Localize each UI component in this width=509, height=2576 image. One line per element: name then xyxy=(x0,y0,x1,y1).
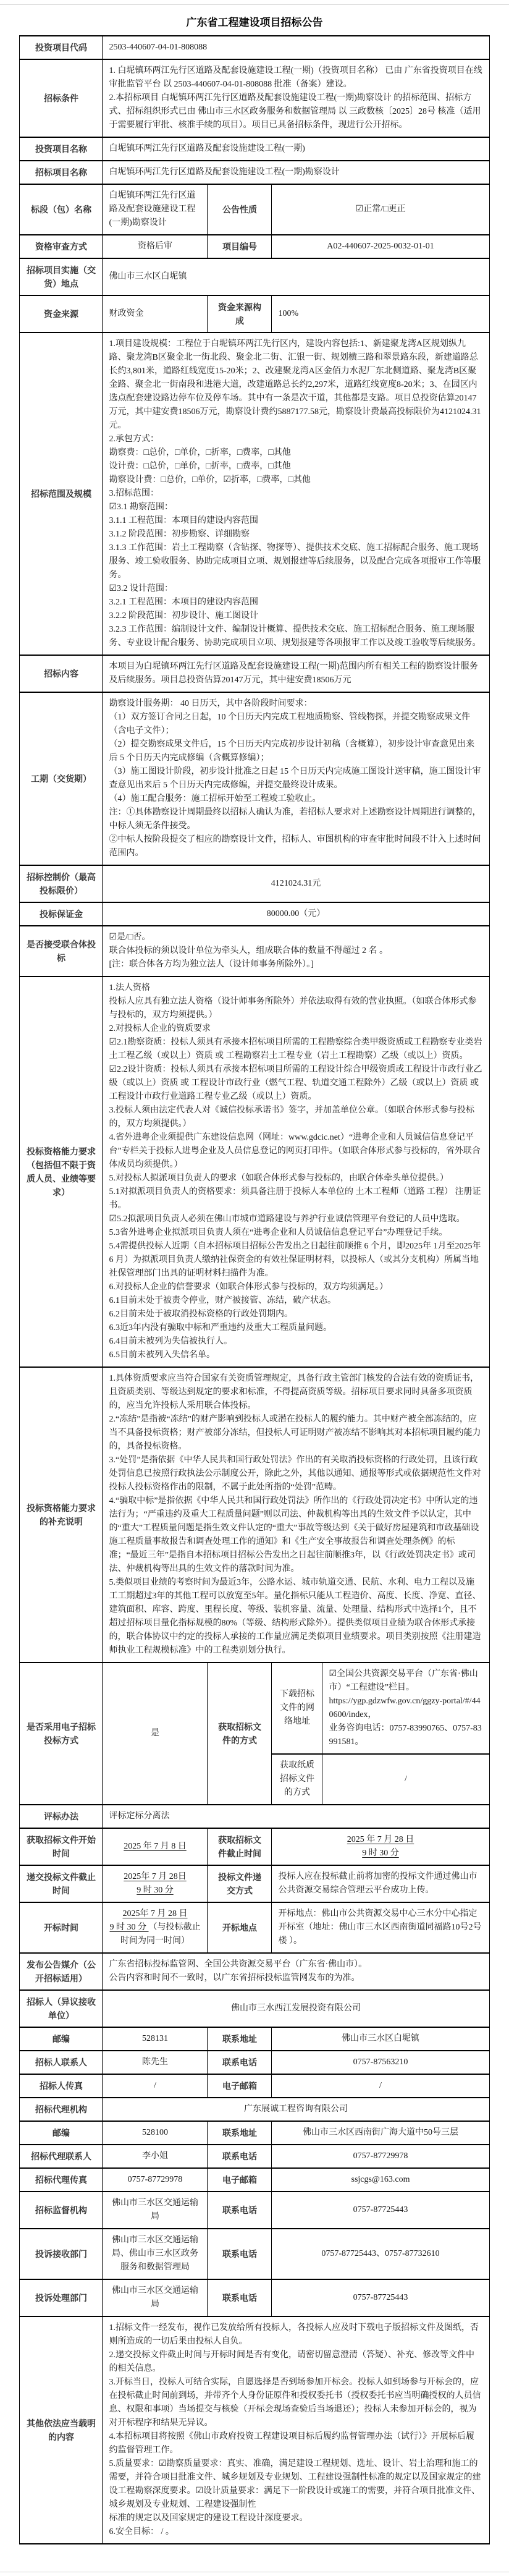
qualification-review-label: 资格审查方式 xyxy=(20,235,103,258)
announcement-nature-label: 公告性质 xyxy=(208,184,272,235)
agency-contact-value: 李小姐 xyxy=(103,2145,208,2168)
row-complaint-handling: 投诉处理部门 佛山市三水区交通运输局 联系电话 0757-87725443 xyxy=(20,2279,489,2316)
row-qualification-supplementary-notes: 投标资格能力要求的补充说明 1.具体资质要求应当符合国家有关资质管理规定，具备行… xyxy=(20,1367,489,1663)
page-title: 广东省工程建设项目招标公告 xyxy=(0,14,509,29)
download-url-value: ☑全国公共资源交易平台（广东省·佛山市）“工程建设”栏目。 https://yg… xyxy=(322,1663,489,1754)
bid-opening-time-value: 2025年 7 月 28 日 9 时 30 分 （与投标截止时间为同一时间） xyxy=(103,1902,208,1953)
supervision-authority-label: 招标监督机构 xyxy=(20,2192,103,2229)
complaint-receiving-value: 佛山市三水区交通运输局、佛山市三水区政务服务和数据管理局 xyxy=(103,2229,208,2279)
row-tenderer-contact: 招标人联系人 陈先生 联系电话 0757-87563210 xyxy=(20,2051,489,2074)
bidder-qualification-requirements-label: 投标资格能力要求（包括但不限于资质人员、业绩等要求） xyxy=(20,977,103,1367)
consortium-bidding-value: ☑是/□否。 联合体投标的须以设计单位为牵头人，组成联合体的数量不得超过 2 名… xyxy=(103,926,489,977)
paper-documents-label: 获取纸质招标文件的方式 xyxy=(272,1754,322,1805)
announcement-table: 投资项目代码 2503-440607-04-01-808088 招标条件 1. … xyxy=(19,35,489,2544)
other-required-content-label: 其他依法应当载明的内容 xyxy=(20,2316,103,2544)
funding-source-label: 资金来源 xyxy=(20,295,103,333)
bid-security-label: 投标保证金 xyxy=(20,902,103,926)
row-qualification-review: 资格审查方式 资格后审 项目编号 A02-440607-2025-0032-01… xyxy=(20,235,489,258)
agency-email-value: ssjcgs@163.com xyxy=(272,2168,489,2192)
row-complaint-receiving: 投诉接收部门 佛山市三水区交通运输局、佛山市三水区政务服务和数据管理局 联系电话… xyxy=(20,2229,489,2279)
row-tenderer-fax: 招标人传真 / 电子邮箱 / xyxy=(20,2074,489,2098)
implementation-location-value: 佛山市三水区白坭镇 xyxy=(103,258,489,295)
tender-control-price-value: 4121024.31元 xyxy=(103,865,489,902)
row-agency-contact: 招标代理联系人 李小姐 联系电话 0757-87729978 xyxy=(20,2145,489,2168)
bid-security-value: 80000.00（元） xyxy=(103,902,489,926)
tenderer-address-label: 联系地址 xyxy=(208,2027,272,2051)
tender-scope-scale-label: 招标范围及规模 xyxy=(20,333,103,655)
tenderer-email-label: 电子邮箱 xyxy=(208,2074,272,2098)
row-bidder-qualification-requirements: 投标资格能力要求（包括但不限于资质人员、业绩等要求） 1.法人资格 投标人应具有… xyxy=(20,977,489,1367)
announcement-nature-value: ☑正常/□更正 xyxy=(272,184,489,235)
electronic-bidding-label: 是否采用电子招标投标方式 xyxy=(20,1663,103,1805)
agency-fax-label: 招标代理传真 xyxy=(20,2168,103,2192)
other-required-content-value: 1.招标文件一经发布，视作已发放给所有投标人，各投标人应及时下载电子版招标文件及… xyxy=(103,2316,489,2544)
funding-source-value: 财政资金 xyxy=(103,295,208,333)
tender-agency-value: 广东展诚工程咨询有限公司 xyxy=(103,2098,489,2121)
download-url-label: 下载招标文件的网络地址 xyxy=(272,1663,322,1754)
agency-address-label: 联系地址 xyxy=(208,2121,272,2145)
agency-phone-value: 0757-87729978 xyxy=(272,2145,489,2168)
tender-scope-scale-value: 1.项目建设规模：工程位于白坭镇环两江先行区内，建设内容包括:1、新建聚龙湾A区… xyxy=(103,333,489,655)
bid-opening-place-label: 开标地点 xyxy=(208,1902,272,1953)
implementation-location-label: 招标项目实施（交货）地点 xyxy=(20,258,103,295)
tenderer-value: 佛山市三水西江发展投资有限公司 xyxy=(103,1990,489,2027)
complaint-handling-label: 投诉处理部门 xyxy=(20,2279,103,2316)
electronic-bidding-value: 是 xyxy=(103,1663,208,1805)
row-obtain-documents-time: 获取招标文件开始时间 2025 年 7 月 8 日 获取招标文件截止时间 202… xyxy=(20,1828,489,1865)
tenderer-label: 招标人（异议接收单位） xyxy=(20,1990,103,2027)
tenderer-email-value: / xyxy=(272,2074,489,2098)
row-announcement-media: 发布公告媒介（公开招标适用） 广东省招标投标监管网、全国公共资源交易平台（广东省… xyxy=(20,1953,489,1990)
row-implementation-location: 招标项目实施（交货）地点 佛山市三水区白坭镇 xyxy=(20,258,489,295)
supervision-phone-label: 联系电话 xyxy=(208,2192,272,2229)
announcement-page: 广东省工程建设项目招标公告 投资项目代码 2503-440607-04-01-8… xyxy=(0,4,509,2572)
tenderer-phone-value: 0757-87563210 xyxy=(272,2051,489,2074)
submission-deadline-value: 2025年 7 月 28日 9 时 30 分 xyxy=(103,1865,208,1902)
page-bottom-divider xyxy=(0,2572,509,2572)
obtain-start-time-value: 2025 年 7 月 8 日 xyxy=(103,1828,208,1865)
investment-project-name-label: 投资项目名称 xyxy=(20,137,103,161)
announcement-media-label: 发布公告媒介（公开招标适用） xyxy=(20,1953,103,1990)
announcement-media-value: 广东省招标投标监管网、全国公共资源交易平台（广东省·佛山市）。 公告内容和时间不… xyxy=(103,1953,489,1990)
obtain-deadline-value: 2025 年 7 月 28 日 9 时 30 分 xyxy=(272,1828,489,1865)
row-section-package-name: 标段（包）名称 白坭镇环两江先行区道路及配套设施建设工程(一期)勘察设计 公告性… xyxy=(20,184,489,235)
agency-email-label: 电子邮箱 xyxy=(208,2168,272,2192)
complaint-handling-phone-value: 0757-87725443 xyxy=(272,2279,489,2316)
paper-documents-value: / xyxy=(322,1754,489,1805)
tender-project-name-value: 白坭镇环两江先行区道路及配套设施建设工程(一期)勘察设计 xyxy=(103,161,489,184)
investment-project-code-label: 投资项目代码 xyxy=(20,36,103,59)
funding-composition-label: 资金来源构成 xyxy=(208,295,272,333)
tender-conditions-label: 招标条件 xyxy=(20,59,103,137)
tenderer-fax-label: 招标人传真 xyxy=(20,2074,103,2098)
page-top-divider xyxy=(0,4,509,5)
complaint-receiving-phone-label: 联系电话 xyxy=(208,2229,272,2279)
obtain-deadline-label: 获取招标文件截止时间 xyxy=(208,1828,272,1865)
tender-control-price-label: 招标控制价（最高投标限价） xyxy=(20,865,103,902)
evaluation-method-label: 评标办法 xyxy=(20,1805,103,1828)
qualification-review-value: 资格后审 xyxy=(103,235,208,258)
construction-period-value: 勘察设计服务期： 40 日历天，其中各阶段时间要求： （1）双方签订合同之日起，… xyxy=(103,692,489,865)
complaint-receiving-label: 投诉接收部门 xyxy=(20,2229,103,2279)
agency-fax-value: 0757-87729978 xyxy=(103,2168,208,2192)
supervision-authority-value: 佛山市三水区交通运输局 xyxy=(103,2192,208,2229)
tenderer-contact-value: 陈先生 xyxy=(103,2051,208,2074)
complaint-receiving-phone-value: 0757-87725443、0757-87732610 xyxy=(272,2229,489,2279)
tenderer-fax-value: / xyxy=(103,2074,208,2098)
row-investment-project-name: 投资项目名称 白坭镇环两江先行区道路及配套设施建设工程(一期) xyxy=(20,137,489,161)
agency-phone-label: 联系电话 xyxy=(208,2145,272,2168)
tender-project-name-label: 招标项目名称 xyxy=(20,161,103,184)
agency-address-value: 佛山市三水区西南街广海大道中50号三层 xyxy=(272,2121,489,2145)
supervision-phone-value: 0757-87725443 xyxy=(272,2192,489,2229)
row-tender-conditions: 招标条件 1. 白坭镇环两江先行区道路及配套设施建设工程(一期)（投资项目名称）… xyxy=(20,59,489,137)
qualification-supplementary-notes-value: 1.具体资质要求应当符合国家有关资质管理规定，具备行政主管部门核发的合法有效的资… xyxy=(103,1367,489,1663)
qualification-supplementary-notes-label: 投标资格能力要求的补充说明 xyxy=(20,1367,103,1663)
tender-content-label: 招标内容 xyxy=(20,655,103,692)
bidder-qualification-requirements-value: 1.法人资格 投标人应具有独立法人资格（设计师事务所除外）并依法取得有效的营业执… xyxy=(103,977,489,1367)
section-package-name-value: 白坭镇环两江先行区道路及配套设施建设工程(一期)勘察设计 xyxy=(103,184,208,235)
agency-postcode-label: 邮编 xyxy=(20,2121,103,2145)
row-other-required-content: 其他依法应当载明的内容 1.招标文件一经发布，视作已发放给所有投标人，各投标人应… xyxy=(20,2316,489,2544)
row-consortium-bidding: 是否接受联合体投标 ☑是/□否。 联合体投标的须以设计单位为牵头人，组成联合体的… xyxy=(20,926,489,977)
row-funding-source: 资金来源 财政资金 资金来源构成 100% xyxy=(20,295,489,333)
bid-opening-place-value: 开标地点：佛山市公共资源交易中心三水分中心指定开标室（地址：佛山市三水区西南街道… xyxy=(272,1902,489,1953)
submission-method-label: 投标文件递交方式 xyxy=(208,1865,272,1902)
section-package-name-label: 标段（包）名称 xyxy=(20,184,103,235)
investment-project-code-value: 2503-440607-04-01-808088 xyxy=(103,36,489,59)
tenderer-phone-label: 联系电话 xyxy=(208,2051,272,2074)
consortium-bidding-label: 是否接受联合体投标 xyxy=(20,926,103,977)
tender-conditions-value: 1. 白坭镇环两江先行区道路及配套设施建设工程(一期)（投资项目名称） 已由 广… xyxy=(103,59,489,137)
agency-contact-label: 招标代理联系人 xyxy=(20,2145,103,2168)
tenderer-contact-label: 招标人联系人 xyxy=(20,2051,103,2074)
complaint-handling-value: 佛山市三水区交通运输局 xyxy=(103,2279,208,2316)
row-submission-deadline: 递交投标文件截止时间 2025年 7 月 28日 9 时 30 分 投标文件递交… xyxy=(20,1865,489,1902)
complaint-handling-phone-label: 联系电话 xyxy=(208,2279,272,2316)
submission-method-value: 投标人应在投标截止前将加密的投标文件通过佛山市公共资源交易综合管理云平台成功上传… xyxy=(272,1865,489,1902)
submission-deadline-label: 递交投标文件截止时间 xyxy=(20,1865,103,1902)
bid-opening-time-label: 开标时间 xyxy=(20,1902,103,1953)
tender-content-value: 本项目为白坭镇环两江先行区道路及配套设施建设工程(一期)范围内所有相关工程的勘察… xyxy=(103,655,489,692)
row-bid-security: 投标保证金 80000.00（元） xyxy=(20,902,489,926)
row-tenderer-postcode: 邮编 528131 联系地址 佛山市三水区白坭镇 xyxy=(20,2027,489,2051)
obtain-documents-method-label: 获取招标文件的方式 xyxy=(208,1663,272,1805)
row-bid-opening: 开标时间 2025年 7 月 28 日 9 时 30 分 （与投标截止时间为同一… xyxy=(20,1902,489,1953)
tender-agency-label: 招标代理机构 xyxy=(20,2098,103,2121)
tenderer-postcode-value: 528131 xyxy=(103,2027,208,2051)
row-investment-project-code: 投资项目代码 2503-440607-04-01-808088 xyxy=(20,36,489,59)
construction-period-label: 工期（交货期） xyxy=(20,692,103,865)
row-electronic-bidding: 是否采用电子招标投标方式 是 获取招标文件的方式 下载招标文件的网络地址 ☑全国… xyxy=(20,1663,489,1754)
tenderer-address-value: 佛山市三水区白坭镇 xyxy=(272,2027,489,2051)
evaluation-method-value: 评标定标分离法 xyxy=(103,1805,489,1828)
row-tender-control-price: 招标控制价（最高投标限价） 4121024.31元 xyxy=(20,865,489,902)
row-tender-content: 招标内容 本项目为白坭镇环两江先行区道路及配套设施建设工程(一期)范围内所有相关… xyxy=(20,655,489,692)
row-tender-agency: 招标代理机构 广东展诚工程咨询有限公司 xyxy=(20,2098,489,2121)
project-number-label: 项目编号 xyxy=(208,235,272,258)
row-agency-fax: 招标代理传真 0757-87729978 电子邮箱 ssjcgs@163.com xyxy=(20,2168,489,2192)
investment-project-name-value: 白坭镇环两江先行区道路及配套设施建设工程(一期) xyxy=(103,137,489,161)
row-tender-project-name: 招标项目名称 白坭镇环两江先行区道路及配套设施建设工程(一期)勘察设计 xyxy=(20,161,489,184)
agency-postcode-value: 528100 xyxy=(103,2121,208,2145)
row-supervision-authority: 招标监督机构 佛山市三水区交通运输局 联系电话 0757-87725443 xyxy=(20,2192,489,2229)
row-tender-scope-scale: 招标范围及规模 1.项目建设规模：工程位于白坭镇环两江先行区内，建设内容包括:1… xyxy=(20,333,489,655)
funding-composition-value: 100% xyxy=(272,295,489,333)
row-tenderer: 招标人（异议接收单位） 佛山市三水西江发展投资有限公司 xyxy=(20,1990,489,2027)
tenderer-postcode-label: 邮编 xyxy=(20,2027,103,2051)
obtain-start-time-label: 获取招标文件开始时间 xyxy=(20,1828,103,1865)
project-number-value: A02-440607-2025-0032-01-01 xyxy=(272,235,489,258)
row-evaluation-method: 评标办法 评标定标分离法 xyxy=(20,1805,489,1828)
row-agency-postcode: 邮编 528100 联系地址 佛山市三水区西南街广海大道中50号三层 xyxy=(20,2121,489,2145)
row-construction-period: 工期（交货期） 勘察设计服务期： 40 日历天，其中各阶段时间要求： （1）双方… xyxy=(20,692,489,865)
